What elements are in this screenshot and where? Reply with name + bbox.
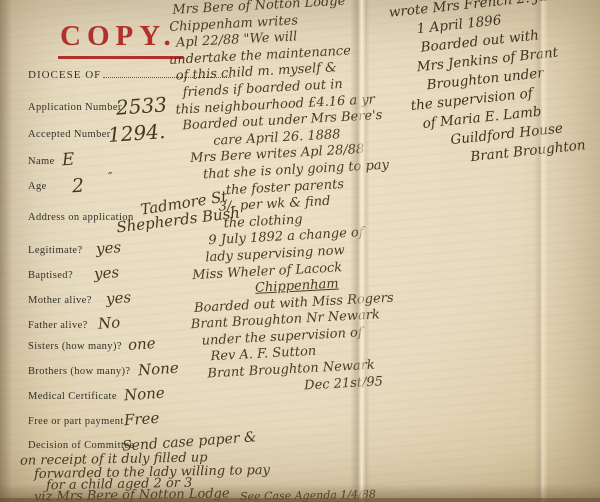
field-value: yes: [95, 238, 121, 258]
age-ditto-mark: ″: [108, 170, 112, 184]
field-value: None: [137, 359, 179, 380]
field-label: Medical Certificate: [28, 391, 117, 402]
field-label: Brothers (how many)?: [28, 366, 130, 377]
field-label: Decision of Committee: [28, 440, 134, 451]
field-label: Name: [28, 156, 55, 167]
diocese-label: DIOCESE OF: [28, 69, 101, 81]
field-value: 1294.: [107, 119, 166, 147]
field-value: 2533: [115, 92, 167, 119]
field-value: E: [61, 150, 75, 171]
field-value: No: [97, 313, 120, 333]
document-page: COPY. DIOCESE OF Application Number 2533…: [0, 0, 600, 502]
field-label: Legitimate?: [28, 245, 83, 256]
paper-bottom-edge: [0, 498, 600, 502]
field-label: Free or part payment: [28, 416, 124, 427]
field-value: 2: [71, 175, 85, 198]
field-label: Baptised?: [28, 270, 73, 281]
field-label: Sisters (how many)?: [28, 341, 122, 352]
field-value: Free: [123, 409, 160, 429]
field-value: yes: [105, 288, 131, 308]
right-notes: wrote Mrs French 2. Jan 96 1 April 1896 …: [388, 0, 600, 174]
center-notes: Mrs Bere of Notton Lodge Chippenham writ…: [168, 0, 429, 401]
field-label: Accepted Number: [28, 129, 111, 140]
field-value: one: [127, 334, 156, 354]
field-label: Age: [28, 181, 47, 192]
field-label: Application Number: [28, 102, 122, 113]
field-value: yes: [93, 263, 119, 283]
field-label: Father alive?: [28, 320, 88, 331]
paper-left-edge: [0, 0, 12, 502]
copy-stamp: COPY.: [58, 20, 183, 59]
field-value: None: [123, 384, 165, 405]
field-label: Mother alive?: [28, 295, 92, 306]
field-row-medical-certificate: Medical Certificate None: [0, 391, 360, 415]
